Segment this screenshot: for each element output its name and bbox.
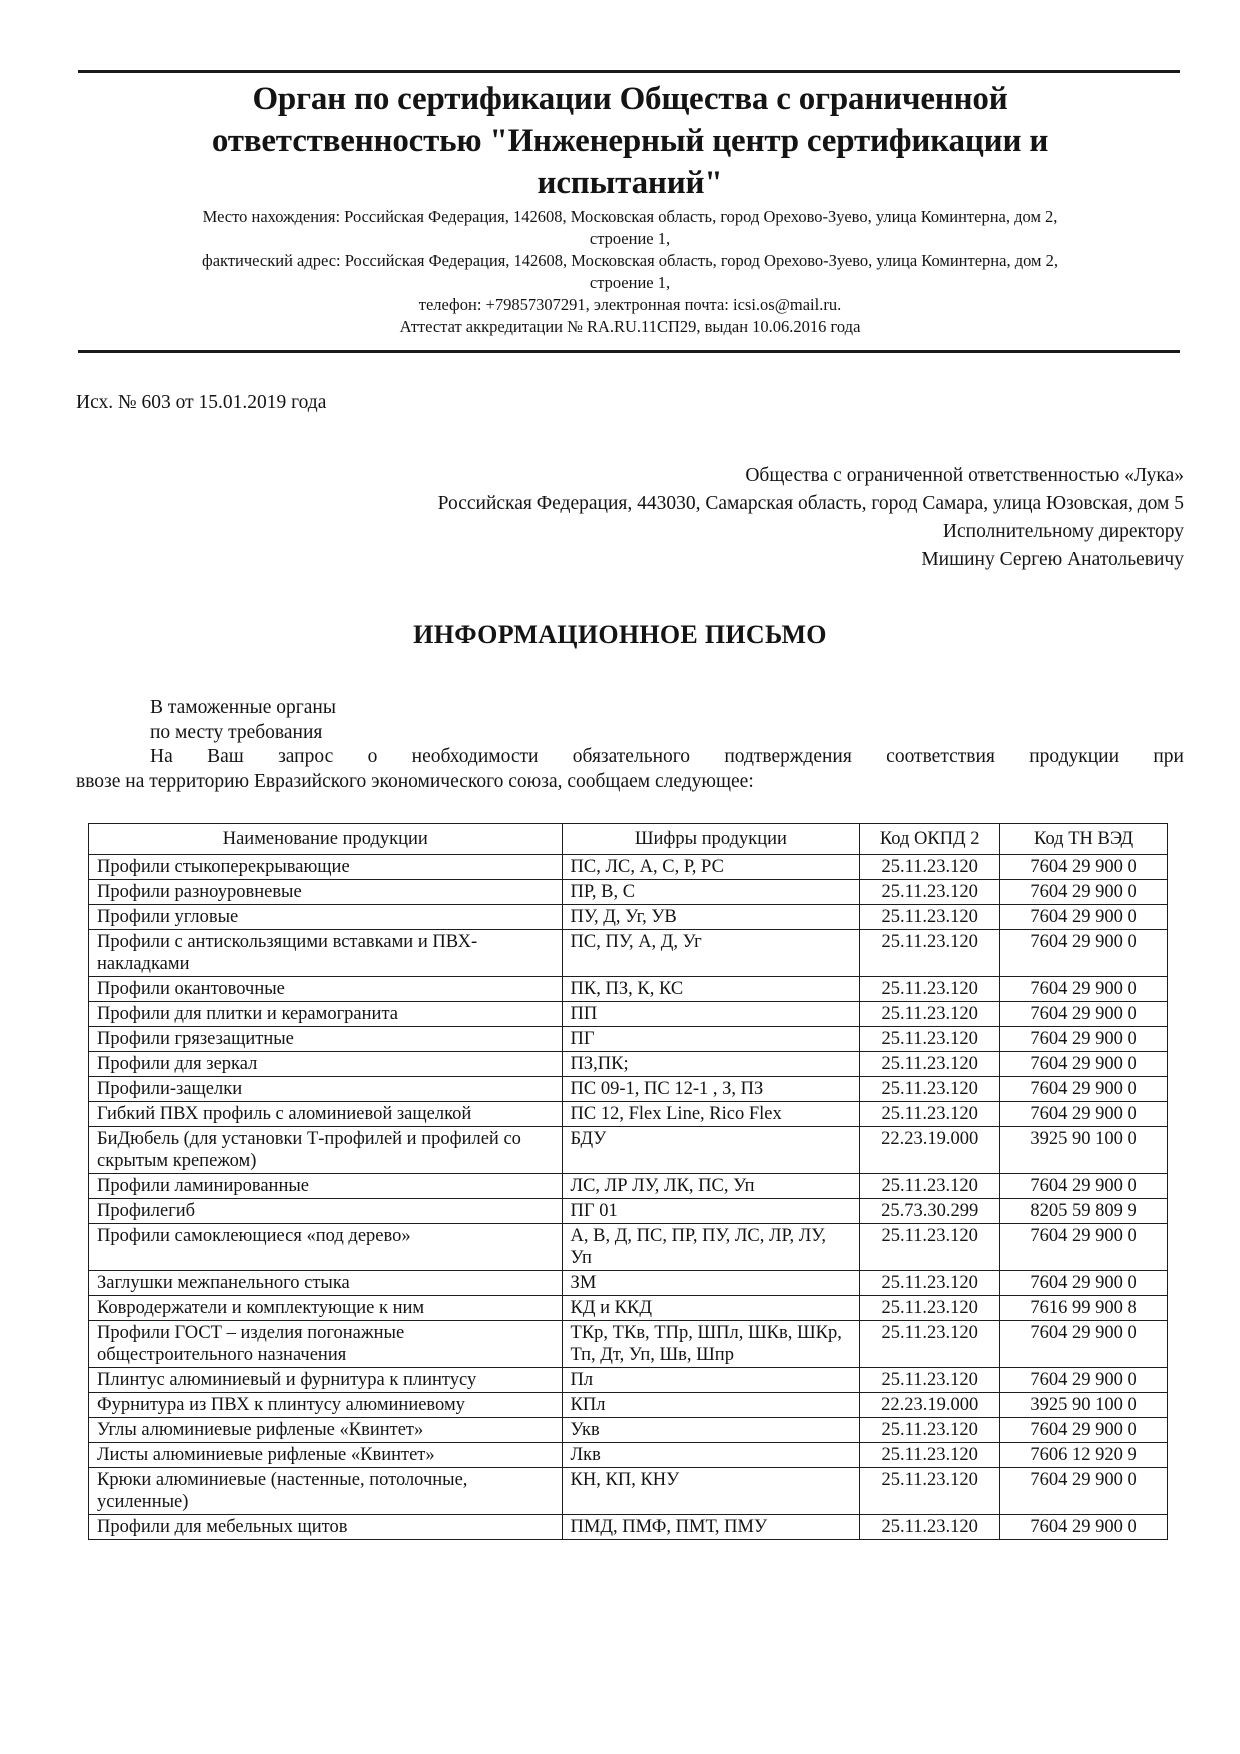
okpd2-code-cell: 25.11.23.120 (860, 1052, 1000, 1077)
product-codes-cell: БДУ (562, 1127, 860, 1174)
paragraph-line: На Ваш запрос о необходимости обязательн… (76, 745, 1184, 770)
tnved-code-cell: 7604 29 900 0 (1000, 855, 1168, 880)
tnved-code-cell: 7604 29 900 0 (1000, 880, 1168, 905)
okpd2-code-cell: 25.73.30.299 (860, 1199, 1000, 1224)
product-name-cell: Профили разноуровневые (89, 880, 563, 905)
header-top-rule (78, 70, 1180, 73)
product-codes-cell: ПС 09-1, ПС 12-1 , З, ПЗ (562, 1077, 860, 1102)
table-row: Плинтус алюминиевый и фурнитура к плинту… (89, 1368, 1168, 1393)
tnved-code-cell: 7604 29 900 0 (1000, 1515, 1168, 1540)
product-name-cell: Гибкий ПВХ профиль с аломиниевой защелко… (89, 1102, 563, 1127)
tnved-code-cell: 7604 29 900 0 (1000, 1321, 1168, 1368)
product-name-cell: Плинтус алюминиевый и фурнитура к плинту… (89, 1368, 563, 1393)
product-name-cell: Профили для мебельных щитов (89, 1515, 563, 1540)
addressee-line: В таможенные органы (76, 696, 1184, 721)
table-row: Профили разноуровневыеПР, В, С25.11.23.1… (89, 880, 1168, 905)
tnved-code-cell: 7604 29 900 0 (1000, 1468, 1168, 1515)
tnved-code-cell: 7604 29 900 0 (1000, 1368, 1168, 1393)
product-codes-cell: КПл (562, 1393, 860, 1418)
product-name-cell: Профили для зеркал (89, 1052, 563, 1077)
product-name-cell: Профили для плитки и керамогранита (89, 1002, 563, 1027)
product-codes-cell: ПУ, Д, Уг, УВ (562, 905, 860, 930)
okpd2-code-cell: 25.11.23.120 (860, 977, 1000, 1002)
okpd2-code-cell: 25.11.23.120 (860, 855, 1000, 880)
org-title: Орган по сертификации Общества с огранич… (80, 78, 1180, 204)
tnved-code-cell: 7604 29 900 0 (1000, 1224, 1168, 1271)
product-codes-cell: ПС, ЛС, А, С, Р, РС (562, 855, 860, 880)
okpd2-code-cell: 22.23.19.000 (860, 1393, 1000, 1418)
okpd2-code-cell: 25.11.23.120 (860, 930, 1000, 977)
product-name-cell: Профили самоклеющиеся «под дерево» (89, 1224, 563, 1271)
legal-address-line: строение 1, (70, 228, 1190, 250)
product-name-cell: Профили окантовочные (89, 977, 563, 1002)
table-row: Профили окантовочныеПК, ПЗ, К, КС25.11.2… (89, 977, 1168, 1002)
recipient-line: Российская Федерация, 443030, Самарская … (438, 490, 1184, 518)
okpd2-code-cell: 25.11.23.120 (860, 1443, 1000, 1468)
okpd2-code-cell: 25.11.23.120 (860, 905, 1000, 930)
tnved-code-cell: 7604 29 900 0 (1000, 977, 1168, 1002)
column-header-codes: Шифры продукции (562, 824, 860, 855)
tnved-code-cell: 7604 29 900 0 (1000, 1002, 1168, 1027)
product-codes-cell: КД и ККД (562, 1296, 860, 1321)
table-row: Профили самоклеющиеся «под дерево»А, В, … (89, 1224, 1168, 1271)
product-codes-cell: Укв (562, 1418, 860, 1443)
product-name-cell: Профили-защелки (89, 1077, 563, 1102)
okpd2-code-cell: 25.11.23.120 (860, 1102, 1000, 1127)
outgoing-reference: Исх. № 603 от 15.01.2019 года (76, 392, 326, 414)
product-name-cell: Фурнитура из ПВХ к плинтусу алюминиевому (89, 1393, 563, 1418)
tnved-code-cell: 7604 29 900 0 (1000, 1027, 1168, 1052)
table-row: Фурнитура из ПВХ к плинтусу алюминиевому… (89, 1393, 1168, 1418)
tnved-code-cell: 7604 29 900 0 (1000, 905, 1168, 930)
table-row: Профили ламинированныеЛС, ЛР ЛУ, ЛК, ПС,… (89, 1174, 1168, 1199)
actual-address-line: фактический адрес: Российская Федерация,… (70, 250, 1190, 272)
product-codes-cell: ТКр, ТКв, ТПр, ШПл, ШКв, ШКр, Тп, Дт, Уп… (562, 1321, 860, 1368)
tnved-code-cell: 7606 12 920 9 (1000, 1443, 1168, 1468)
table-row: Профили для плитки и керамогранитаПП25.1… (89, 1002, 1168, 1027)
tnved-code-cell: 3925 90 100 0 (1000, 1127, 1168, 1174)
table-row: Крюки алюминиевые (настенные, потолочные… (89, 1468, 1168, 1515)
table-row: Профили грязезащитныеПГ25.11.23.1207604 … (89, 1027, 1168, 1052)
table-row: Ковродержатели и комплектующие к нимКД и… (89, 1296, 1168, 1321)
table-row: Заглушки межпанельного стыкаЗМ25.11.23.1… (89, 1271, 1168, 1296)
header-bottom-rule (78, 350, 1180, 353)
product-name-cell: Профили ГОСТ – изделия погонажные общест… (89, 1321, 563, 1368)
product-codes-cell: ЛС, ЛР ЛУ, ЛК, ПС, Уп (562, 1174, 860, 1199)
recipient-line: Общества с ограниченной ответственностью… (438, 462, 1184, 490)
tnved-code-cell: 7604 29 900 0 (1000, 1174, 1168, 1199)
letter-body: В таможенные органы по месту требования … (76, 696, 1184, 794)
product-codes-cell: Лкв (562, 1443, 860, 1468)
okpd2-code-cell: 25.11.23.120 (860, 1296, 1000, 1321)
tnved-code-cell: 7604 29 900 0 (1000, 1077, 1168, 1102)
paragraph-line: ввозе на территорию Евразийского экономи… (76, 770, 1184, 795)
table-row: Профили с антискользящими вставками и ПВ… (89, 930, 1168, 977)
org-address-block: Место нахождения: Российская Федерация, … (70, 206, 1190, 338)
tnved-code-cell: 7616 99 900 8 (1000, 1296, 1168, 1321)
product-codes-cell: ПР, В, С (562, 880, 860, 905)
column-header-name: Наименование продукции (89, 824, 563, 855)
product-codes-cell: ПГ 01 (562, 1199, 860, 1224)
product-codes-cell: Пл (562, 1368, 860, 1393)
product-name-cell: Ковродержатели и комплектующие к ним (89, 1296, 563, 1321)
org-title-line: ответственностью "Инженерный центр серти… (80, 120, 1180, 162)
okpd2-code-cell: 25.11.23.120 (860, 1174, 1000, 1199)
table-row: Профили для мебельных щитовПМД, ПМФ, ПМТ… (89, 1515, 1168, 1540)
table-row: Листы алюминиевые рифленые «Квинтет»Лкв2… (89, 1443, 1168, 1468)
actual-address-line: строение 1, (70, 272, 1190, 294)
table-row: ПрофилегибПГ 0125.73.30.2998205 59 809 9 (89, 1199, 1168, 1224)
product-codes-cell: ПК, ПЗ, К, КС (562, 977, 860, 1002)
product-codes-cell: КН, КП, КНУ (562, 1468, 860, 1515)
product-name-cell: Профили угловые (89, 905, 563, 930)
tnved-code-cell: 7604 29 900 0 (1000, 1052, 1168, 1077)
table-row: Профили для зеркалПЗ,ПК;25.11.23.1207604… (89, 1052, 1168, 1077)
document-title: ИНФОРМАЦИОННОЕ ПИСЬМО (0, 620, 1240, 650)
legal-address-line: Место нахождения: Российская Федерация, … (70, 206, 1190, 228)
okpd2-code-cell: 25.11.23.120 (860, 1515, 1000, 1540)
product-name-cell: Углы алюминиевые рифленые «Квинтет» (89, 1418, 563, 1443)
table-header-row: Наименование продукции Шифры продукции К… (89, 824, 1168, 855)
table-row: Гибкий ПВХ профиль с аломиниевой защелко… (89, 1102, 1168, 1127)
contacts-line: телефон: +79857307291, электронная почта… (70, 294, 1190, 316)
table-row: Профили угловыеПУ, Д, Уг, УВ25.11.23.120… (89, 905, 1168, 930)
column-header-tnved: Код ТН ВЭД (1000, 824, 1168, 855)
column-header-okpd2: Код ОКПД 2 (860, 824, 1000, 855)
recipient-line: Исполнительному директору (438, 518, 1184, 546)
table-row: БиДюбель (для установки Т-профилей и про… (89, 1127, 1168, 1174)
table-row: Профили-защелкиПС 09-1, ПС 12-1 , З, ПЗ2… (89, 1077, 1168, 1102)
product-name-cell: Профили стыкоперекрывающие (89, 855, 563, 880)
addressee-line: по месту требования (76, 721, 1184, 746)
tnved-code-cell: 7604 29 900 0 (1000, 1271, 1168, 1296)
product-codes-cell: ПГ (562, 1027, 860, 1052)
org-title-line: испытаний" (80, 162, 1180, 204)
okpd2-code-cell: 25.11.23.120 (860, 1468, 1000, 1515)
tnved-code-cell: 8205 59 809 9 (1000, 1199, 1168, 1224)
org-title-line: Орган по сертификации Общества с огранич… (80, 78, 1180, 120)
product-codes-cell: А, В, Д, ПС, ПР, ПУ, ЛС, ЛР, ЛУ, Уп (562, 1224, 860, 1271)
recipient-block: Общества с ограниченной ответственностью… (438, 462, 1184, 574)
product-name-cell: БиДюбель (для установки Т-профилей и про… (89, 1127, 563, 1174)
product-name-cell: Листы алюминиевые рифленые «Квинтет» (89, 1443, 563, 1468)
product-codes-cell: ПП (562, 1002, 860, 1027)
product-codes-cell: ПМД, ПМФ, ПМТ, ПМУ (562, 1515, 860, 1540)
okpd2-code-cell: 25.11.23.120 (860, 1418, 1000, 1443)
product-name-cell: Профили ламинированные (89, 1174, 563, 1199)
product-name-cell: Крюки алюминиевые (настенные, потолочные… (89, 1468, 563, 1515)
okpd2-code-cell: 25.11.23.120 (860, 1002, 1000, 1027)
table-row: Профили ГОСТ – изделия погонажные общест… (89, 1321, 1168, 1368)
tnved-code-cell: 7604 29 900 0 (1000, 1418, 1168, 1443)
tnved-code-cell: 7604 29 900 0 (1000, 1102, 1168, 1127)
product-name-cell: Заглушки межпанельного стыка (89, 1271, 563, 1296)
okpd2-code-cell: 25.11.23.120 (860, 1077, 1000, 1102)
product-name-cell: Профили грязезащитные (89, 1027, 563, 1052)
product-name-cell: Профили с антискользящими вставками и ПВ… (89, 930, 563, 977)
product-codes-cell: ПЗ,ПК; (562, 1052, 860, 1077)
product-codes-cell: ПС 12, Flex Line, Rico Flex (562, 1102, 860, 1127)
okpd2-code-cell: 25.11.23.120 (860, 1224, 1000, 1271)
okpd2-code-cell: 25.11.23.120 (860, 1368, 1000, 1393)
tnved-code-cell: 3925 90 100 0 (1000, 1393, 1168, 1418)
okpd2-code-cell: 25.11.23.120 (860, 1027, 1000, 1052)
okpd2-code-cell: 22.23.19.000 (860, 1127, 1000, 1174)
table-row: Углы алюминиевые рифленые «Квинтет»Укв25… (89, 1418, 1168, 1443)
tnved-code-cell: 7604 29 900 0 (1000, 930, 1168, 977)
product-codes-cell: ЗМ (562, 1271, 860, 1296)
accreditation-line: Аттестат аккредитации № RA.RU.11СП29, вы… (70, 316, 1190, 338)
table-row: Профили стыкоперекрывающиеПС, ЛС, А, С, … (89, 855, 1168, 880)
okpd2-code-cell: 25.11.23.120 (860, 1271, 1000, 1296)
okpd2-code-cell: 25.11.23.120 (860, 1321, 1000, 1368)
okpd2-code-cell: 25.11.23.120 (860, 880, 1000, 905)
product-name-cell: Профилегиб (89, 1199, 563, 1224)
product-codes-cell: ПС, ПУ, А, Д, Уг (562, 930, 860, 977)
products-table: Наименование продукции Шифры продукции К… (88, 823, 1168, 1540)
recipient-line: Мишину Сергею Анатольевичу (438, 546, 1184, 574)
